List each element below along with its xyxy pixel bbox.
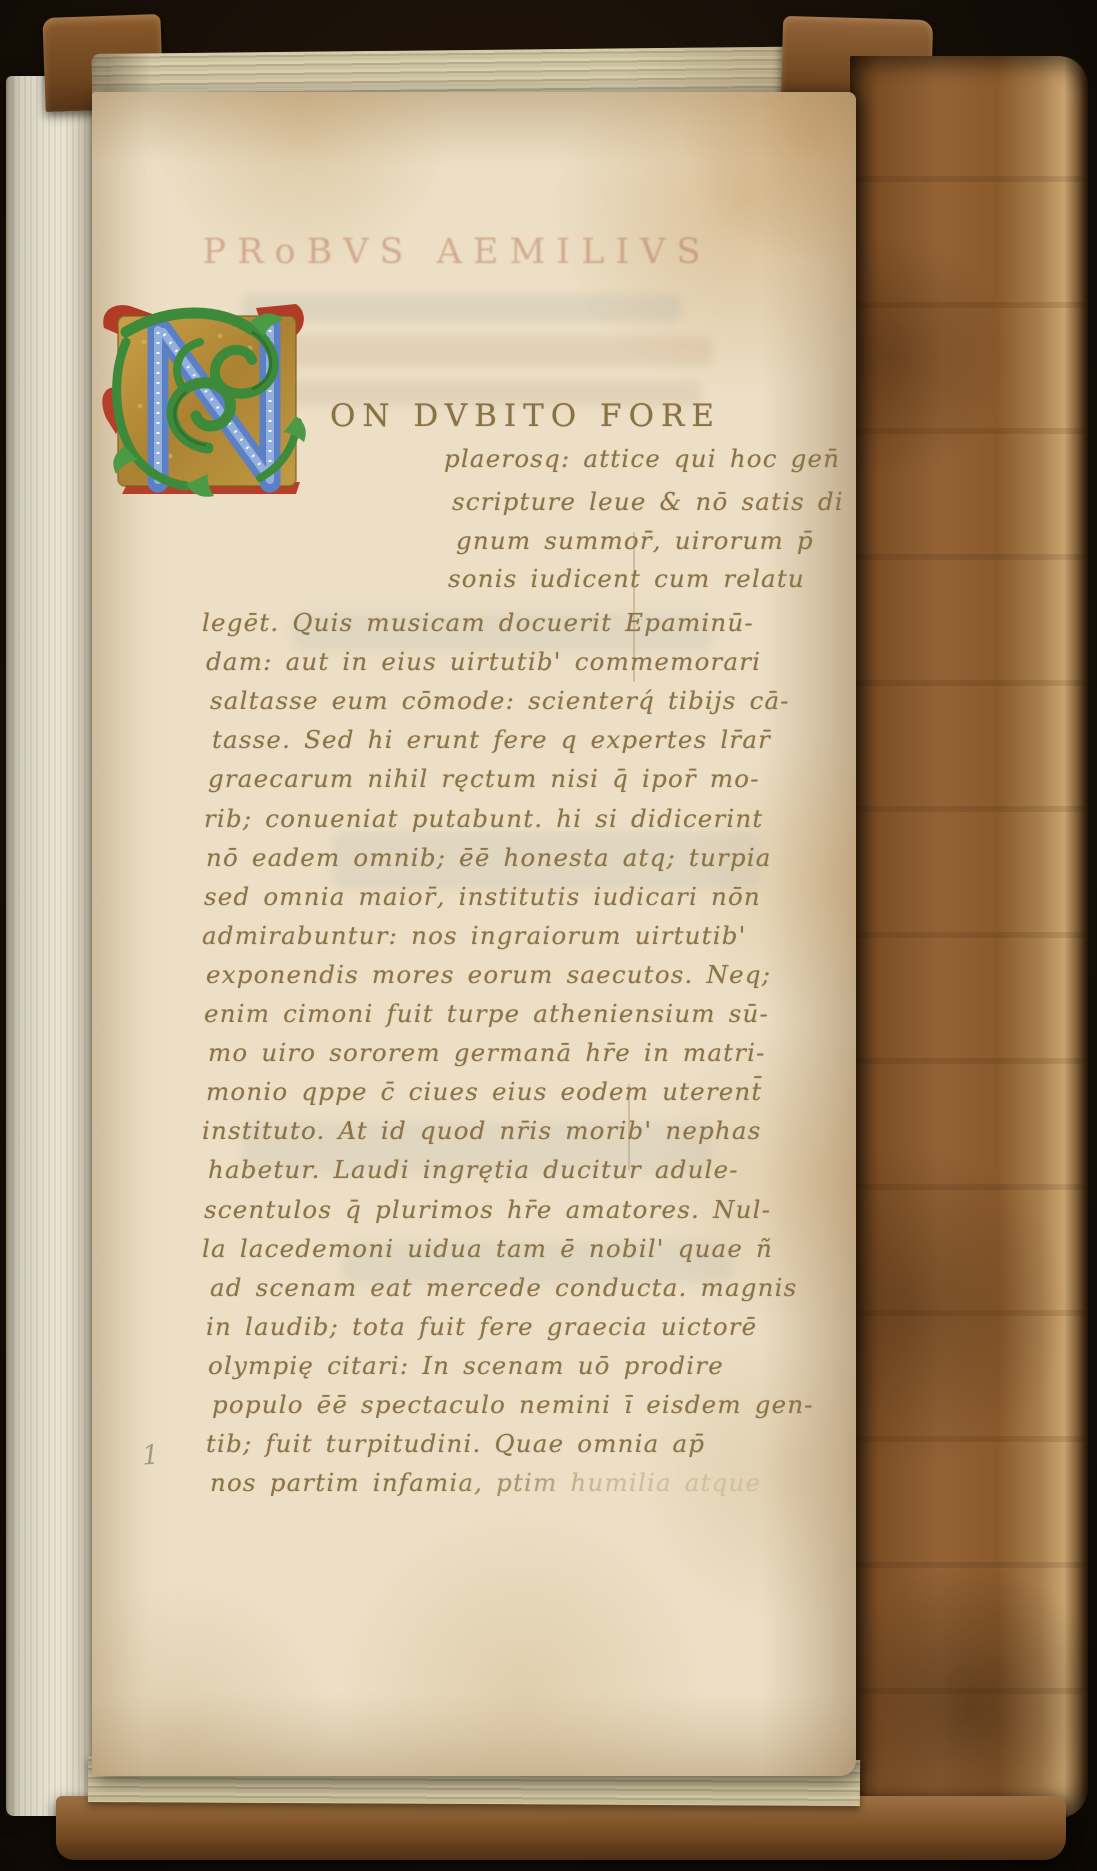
text-line: instituto. At id quod nr̄is morib' nepha… (202, 1116, 761, 1145)
text-line: habetur. Laudi ingrętia ducitur adule- (208, 1155, 739, 1184)
text-line: sonis iudicent cum relatu (448, 564, 805, 593)
text-line: graecarum nihil ręctum nisi q̄ ipor̄ mo- (208, 764, 760, 793)
text-block: plaerosq: attice qui hoc gen̄ scripture … (202, 92, 742, 1592)
text-line: gnum summor̄, uirorum p̄ (456, 526, 814, 555)
text-line: plaerosq: attice qui hoc gen̄ (444, 444, 840, 473)
leather-cover-bottom (56, 1796, 1066, 1860)
text-line: enim cimoni fuit turpe atheniensium sū- (204, 999, 769, 1028)
text-line: mo uiro sororem germanā hr̄e in matri- (208, 1038, 766, 1067)
text-line: dam: aut in eius uirtutib' commemorari (206, 647, 761, 676)
text-line: rib; conueniat putabunt. hi si didicerin… (204, 804, 763, 833)
text-line: saltasse eum cōmode: scienterq́ tibijs c… (210, 686, 790, 715)
text-line: nō eadem omnib; ēē honesta atq; turpia (206, 843, 772, 872)
leather-cover-right (850, 56, 1088, 1818)
folio-number: 1 (141, 1439, 160, 1471)
text-line: nos partim infamia, ptim humilia atque (210, 1468, 761, 1497)
manuscript-page: PRoBVS AEMILIVS (92, 92, 856, 1776)
text-line: scentulos q̄ plurimos hr̄e amatores. Nul… (204, 1195, 771, 1224)
manuscript-photo: PRoBVS AEMILIVS (0, 0, 1097, 1871)
text-line: exponendis mores eorum saecutos. Neq; (206, 960, 771, 989)
left-page-edges (6, 76, 100, 1816)
text-line: tib; fuit turpitudini. Quae omnia ap̄ (206, 1429, 705, 1458)
ruling-line (628, 1084, 630, 1170)
text-line: in laudib; tota fuit fere graecia uictor… (206, 1312, 757, 1341)
text-line: monio qppe c̄ ciues eius eodem uterent̄ (206, 1077, 762, 1106)
text-line: populo ēē spectaculo nemini ī eisdem gen… (212, 1390, 814, 1419)
text-line: admirabuntur: nos ingraiorum uirtutib' (202, 921, 747, 950)
text-line: scripture leue & nō satis di (452, 487, 844, 516)
text-line: legēt. Quis musicam docuerit Epaminū- (202, 608, 754, 637)
text-line: tasse. Sed hi erunt fere q expertes lr̄a… (212, 725, 771, 754)
text-line: ad scenam eat mercede conducta. magnis (210, 1273, 797, 1302)
text-line: sed omnia maior̄, institutis iudicari nō… (204, 882, 761, 911)
text-line: la lacedemoni uidua tam ē nobil' quae ñ (202, 1234, 773, 1263)
ruling-line (633, 532, 635, 682)
text-line: olympię citari: In scenam uō prodire (208, 1351, 724, 1380)
